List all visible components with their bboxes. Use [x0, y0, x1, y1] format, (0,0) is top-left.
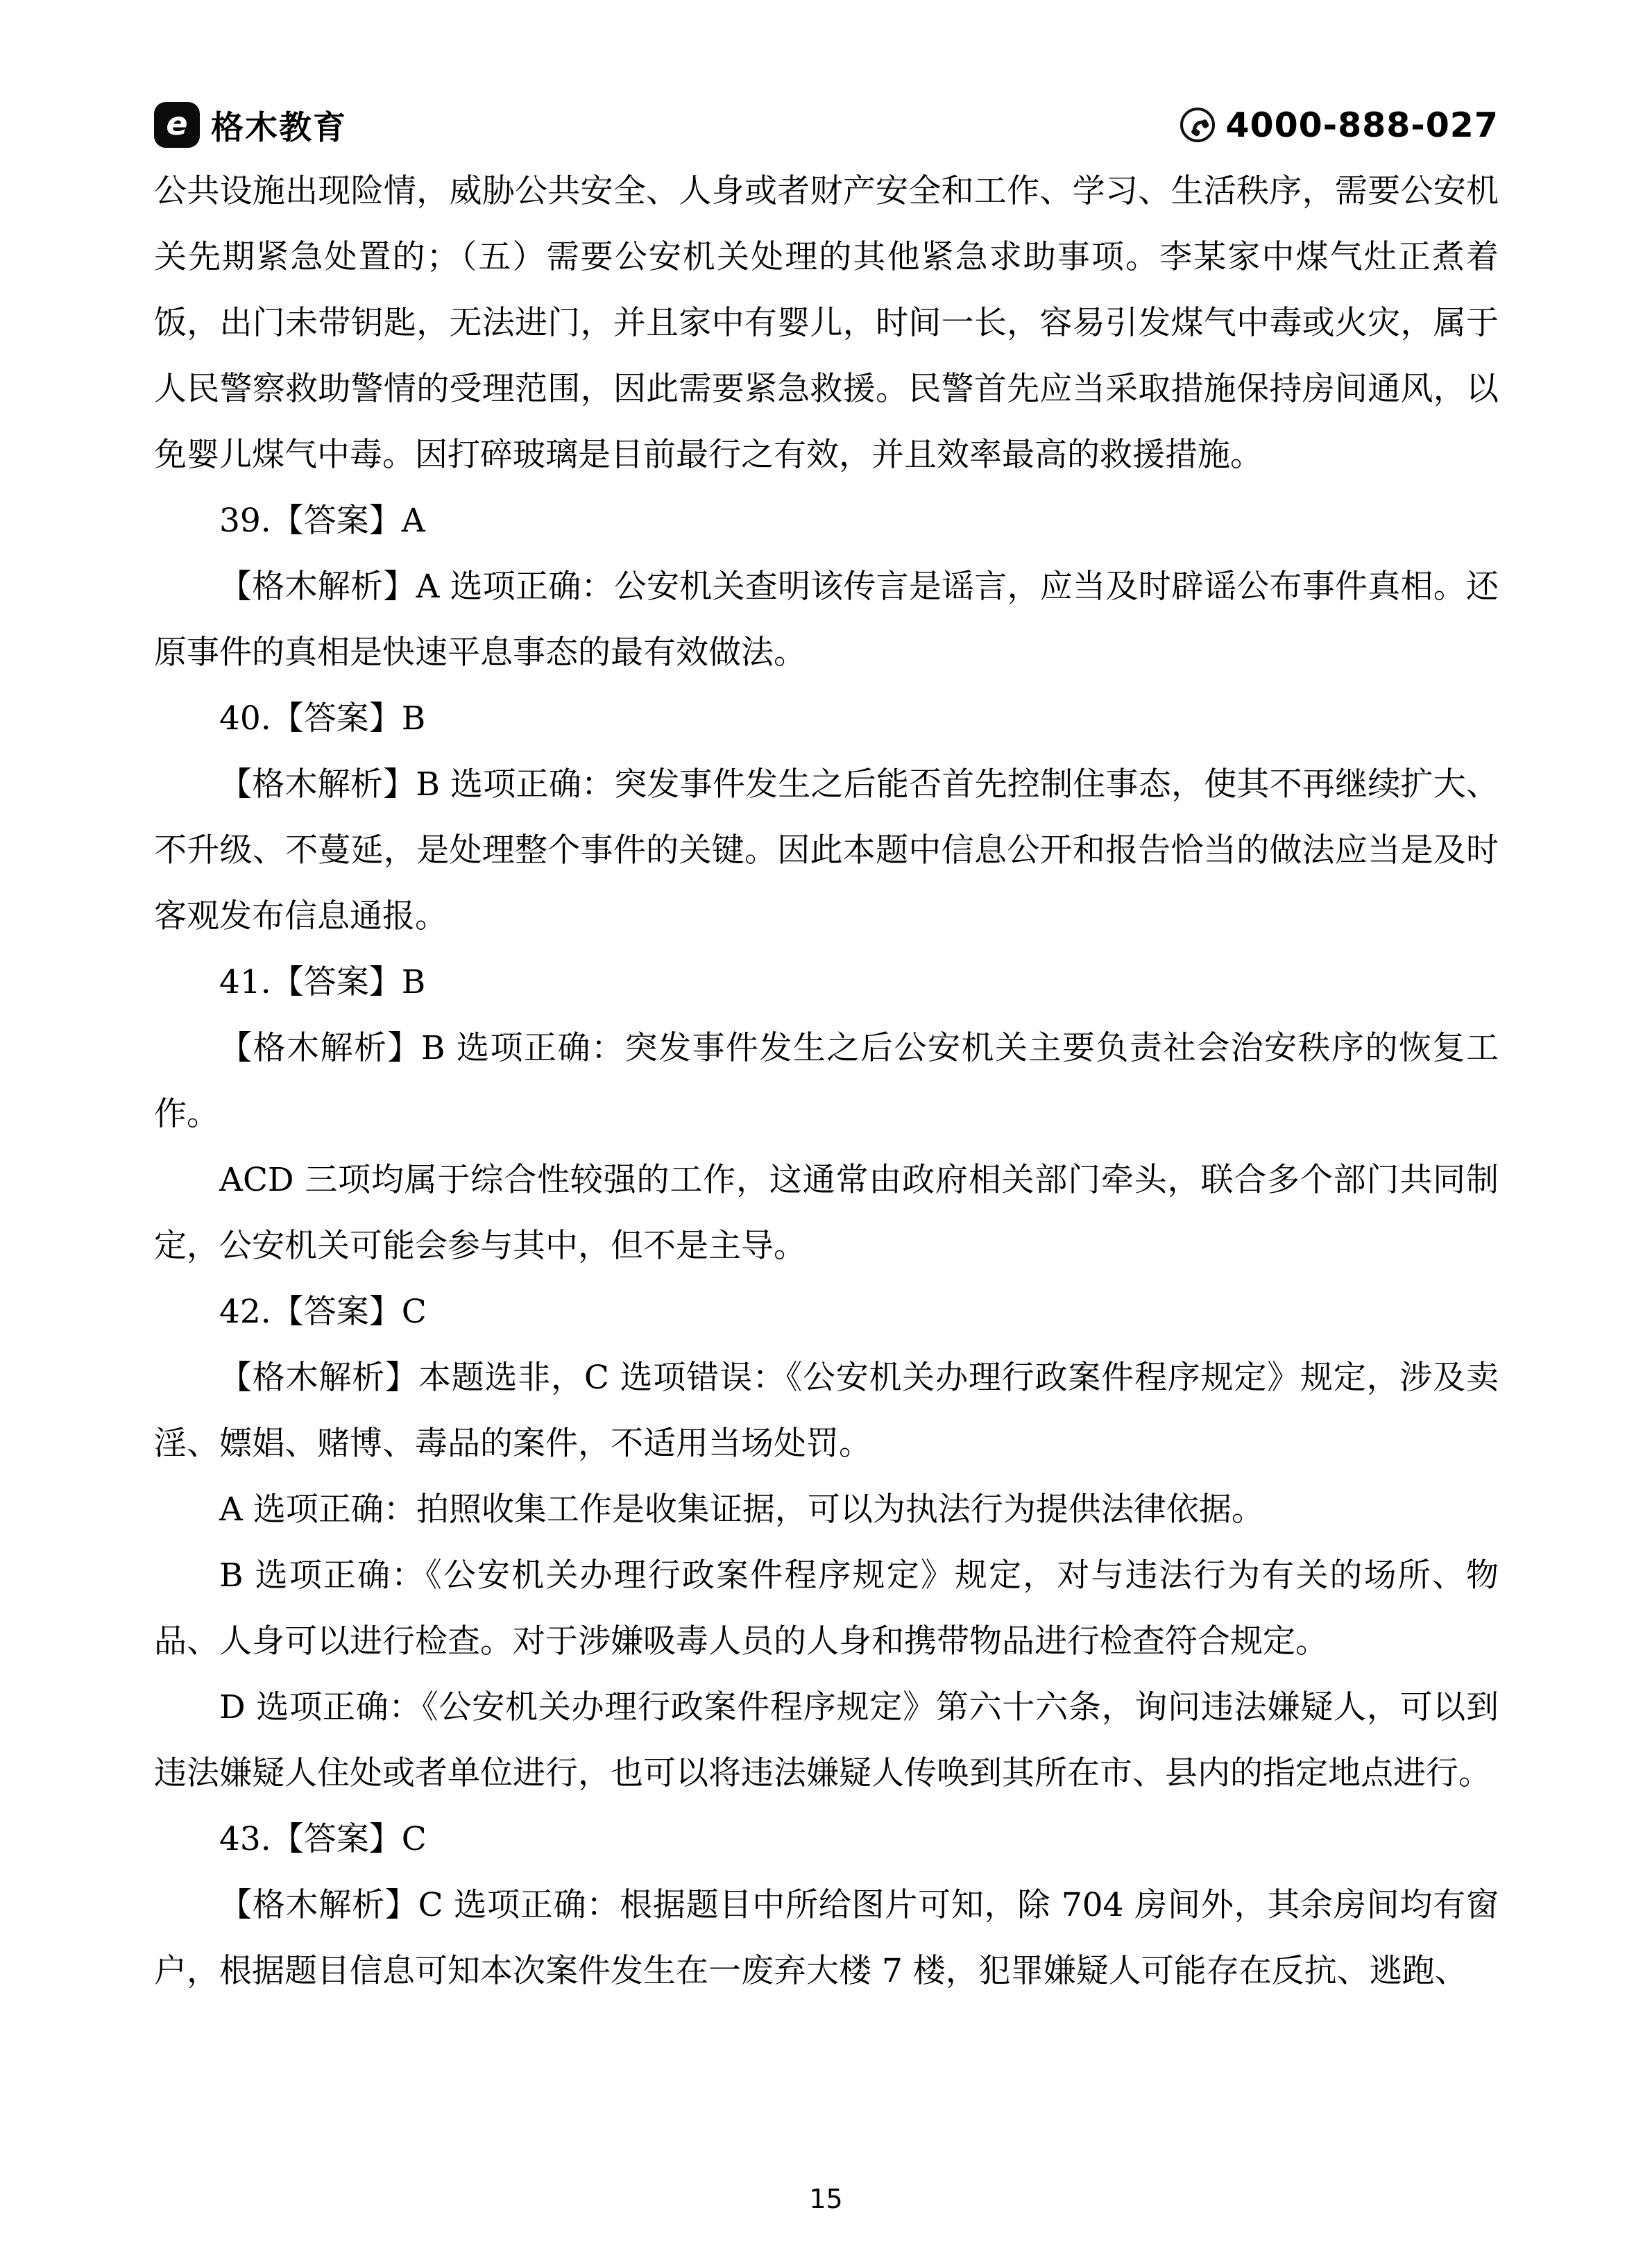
analysis-42: 【格木解析】本题选非，C 选项错误：《公安机关办理行政案件程序规定》规定，涉及卖… — [154, 1345, 1499, 1477]
phone-contact: 4000-888-027 — [1179, 105, 1499, 145]
analysis-41: 【格木解析】B 选项正确：突发事件发生之后公安机关主要负责社会治安秩序的恢复工作… — [154, 1015, 1499, 1147]
analysis-40: 【格木解析】B 选项正确：突发事件发生之后能否首先控制住事态，使其不再继续扩大、… — [154, 751, 1499, 949]
answer-explanations: 公共设施出现险情，威胁公共安全、人身或者财产安全和工作、学习、生活秩序，需要公安… — [154, 158, 1499, 2004]
page-number: 15 — [0, 2184, 1652, 2214]
phone-icon — [1179, 106, 1216, 144]
answer-line-42: 42.【答案】C — [154, 1279, 1499, 1345]
answer-line-43: 43.【答案】C — [154, 1806, 1499, 1872]
document-page: e 格木教育 4000-888-027 公共设施出现险情，威胁公共安全、人身或者… — [0, 0, 1652, 2242]
answer-line-39: 39.【答案】A — [154, 488, 1499, 554]
page-header: e 格木教育 4000-888-027 — [154, 97, 1499, 153]
analysis-42-b: B 选项正确：《公安机关办理行政案件程序规定》规定，对与违法行为有关的场所、物品… — [154, 1543, 1499, 1674]
gemu-logo-icon: e — [154, 102, 200, 148]
analysis-43: 【格木解析】C 选项正确：根据题目中所给图片可知，除 704 房间外，其余房间均… — [154, 1872, 1499, 2004]
analysis-42-d: D 选项正确：《公安机关办理行政案件程序规定》第六十六条，询问违法嫌疑人，可以到… — [154, 1674, 1499, 1806]
paragraph: 公共设施出现险情，威胁公共安全、人身或者财产安全和工作、学习、生活秩序，需要公安… — [154, 158, 1499, 488]
analysis-39: 【格木解析】A 选项正确：公安机关查明该传言是谣言，应当及时辟谣公布事件真相。还… — [154, 554, 1499, 686]
brand-name: 格木教育 — [211, 102, 347, 148]
brand: e 格木教育 — [154, 102, 347, 148]
phone-number: 4000-888-027 — [1225, 105, 1499, 145]
answer-line-41: 41.【答案】B — [154, 949, 1499, 1015]
analysis-41-acd: ACD 三项均属于综合性较强的工作，这通常由政府相关部门牵头，联合多个部门共同制… — [154, 1147, 1499, 1279]
analysis-42-a: A 选项正确：拍照收集工作是收集证据，可以为执法行为提供法律依据。 — [154, 1477, 1499, 1543]
answer-line-40: 40.【答案】B — [154, 686, 1499, 751]
